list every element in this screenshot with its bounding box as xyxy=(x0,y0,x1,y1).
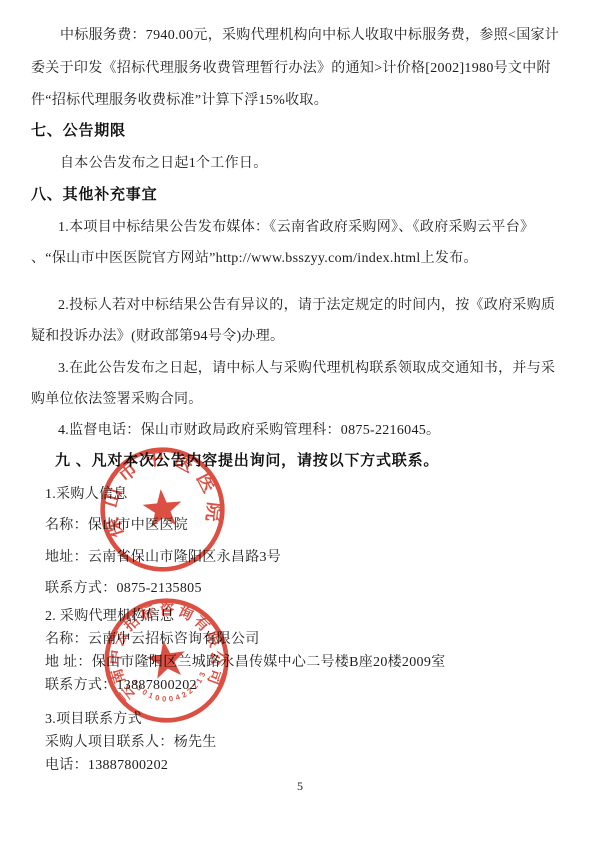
page-number: 5 xyxy=(0,779,600,794)
section-8-heading: 八、其他补充事宜 xyxy=(31,186,157,205)
agency-seal-stamp: 云南中云招标咨询有限公司 5301000422213 xyxy=(90,584,242,736)
section-8-item-4: 4.监督电话：保山市财政局政府采购管理科：0875-2216045。 xyxy=(58,422,440,440)
project-contact-person: 采购人项目联系人：杨先生 xyxy=(45,734,217,752)
hospital-seal-graphic: 保山市中医医院 xyxy=(90,437,234,581)
agency-seal-graphic: 云南中云招标咨询有限公司 5301000422213 xyxy=(90,584,242,736)
section-7-body: 自本公告发布之日起1个工作日。 xyxy=(60,155,268,173)
service-fee-line-1: 中标服务费：7940.00元，采购代理机构向中标人收取中标服务费，参照<国家计 xyxy=(60,27,559,45)
section-7-heading: 七、公告期限 xyxy=(31,122,126,141)
section-8-item-1-line-1: 1.本项目中标结果公告发布媒体：《云南省政府采购网》、《政府采购云平台》 xyxy=(58,219,534,237)
service-fee-line-2: 委关于印发《招标代理服务收费管理暂行办法》的通知>计价格[2002]1980号文… xyxy=(31,60,551,78)
service-fee-line-3: 件“招标代理服务收费标准”计算下浮15%收取。 xyxy=(31,92,328,110)
section-8-item-3-line-2: 购单位依法签署采购合同。 xyxy=(31,391,203,409)
section-8-item-2-line-1: 2.投标人若对中标结果公告有异议的，请于法定规定的时间内，按《政府采购质 xyxy=(58,297,555,315)
star-icon xyxy=(141,487,183,527)
section-8-item-3-line-1: 3.在此公告发布之日起，请中标人与采购代理机构联系领取成交通知书，并与采 xyxy=(58,360,555,378)
agency-seal-serial: 5301000422213 xyxy=(129,667,212,709)
document-page: 中标服务费：7940.00元，采购代理机构向中标人收取中标服务费，参照<国家计 … xyxy=(0,0,600,850)
star-icon xyxy=(144,637,188,680)
project-contact-phone: 电话：13887800202 xyxy=(45,757,168,775)
svg-text:5301000422213: 5301000422213 xyxy=(129,667,212,709)
hospital-seal-stamp: 保山市中医医院 xyxy=(90,437,234,581)
section-8-item-2-line-2: 疑和投诉办法》(财政部第94号令)办理。 xyxy=(31,328,284,346)
section-8-item-1-line-2: 、“保山市中医医院官方网站”http://www.bsszyy.com/inde… xyxy=(31,250,478,268)
